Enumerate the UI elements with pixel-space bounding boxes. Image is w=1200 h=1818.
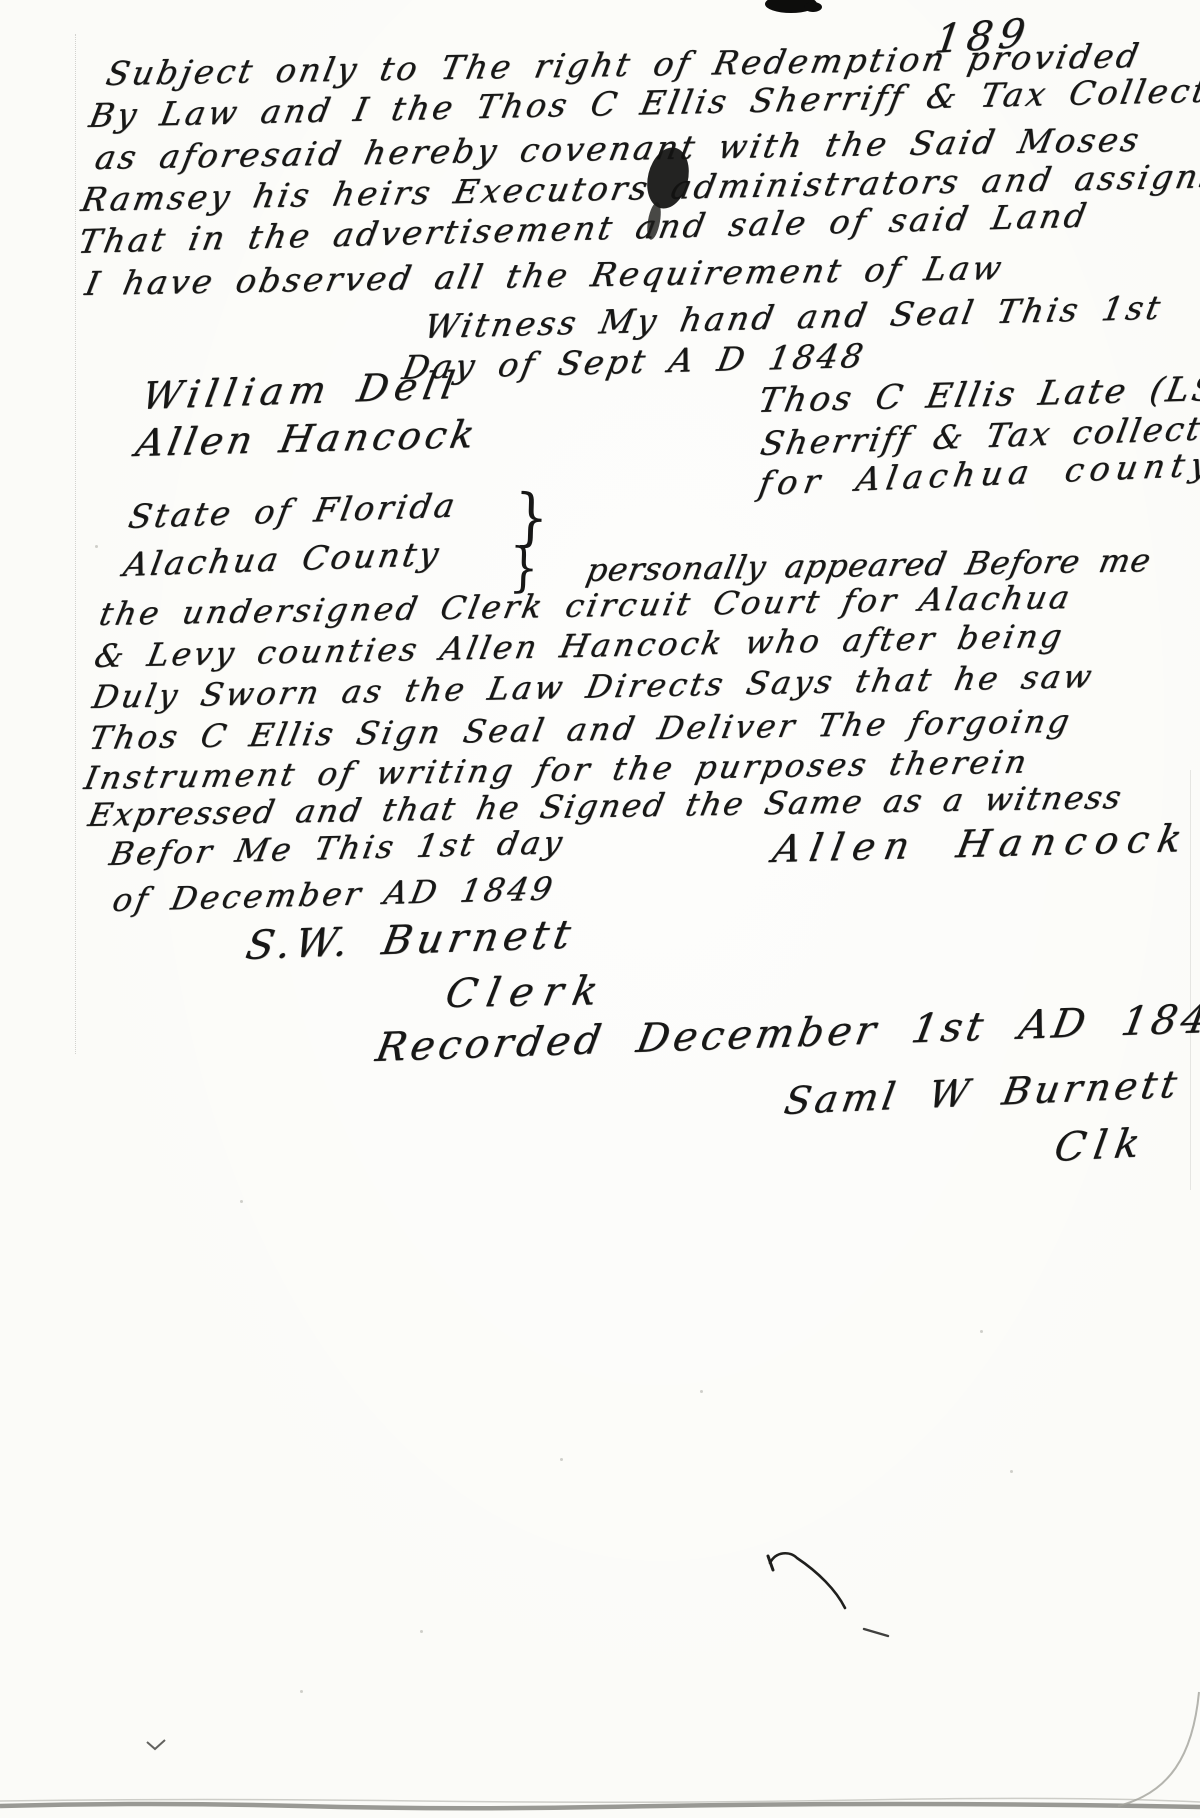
paper-speck — [1010, 1470, 1013, 1473]
stray-pen-mark — [768, 1553, 888, 1636]
signature-allen-hancock: Allen Hancock — [133, 415, 481, 462]
attestation-county: Alachua County — [121, 537, 444, 581]
paper-speck — [420, 1630, 423, 1633]
page-corner-curve — [1118, 1692, 1199, 1806]
check-mark-artifact — [147, 1740, 165, 1749]
paper-speck — [240, 1200, 243, 1203]
ink-blot-top-edge — [765, 0, 822, 13]
attestation-state: State of Florida — [126, 489, 460, 533]
paper-speck — [560, 1458, 563, 1461]
attestation-line-9: of December AD 1849 — [110, 872, 558, 915]
left-margin-rule — [75, 34, 76, 1054]
page-bottom-edge — [0, 1804, 1200, 1808]
paper-speck — [980, 1330, 983, 1333]
page-bottom-edge-light — [0, 1798, 1200, 1802]
deed-line-6: I have observed all the Requirement of L… — [83, 251, 1007, 300]
paper-speck — [700, 1390, 703, 1393]
recorder-signature: Saml W Burnett — [782, 1065, 1184, 1120]
recorder-title: Clk — [1052, 1123, 1151, 1168]
deed-date-line: Day of Sept A D 1848 — [400, 339, 869, 384]
attestation-witness-signature: Allen Hancock — [770, 819, 1194, 868]
jurisdiction-brace-bottom: } — [508, 540, 539, 594]
clerk-signature: S.W. Burnett — [243, 915, 578, 966]
signature-william-dell: William Dell — [139, 366, 463, 415]
paper-speck — [300, 1690, 303, 1693]
clerk-title: Clerk — [442, 971, 611, 1014]
attestation-line-8: Befor Me This 1st day — [107, 826, 567, 870]
paper-speck — [95, 545, 98, 548]
deed-witness-clause: Witness My hand and Seal This 1st — [422, 291, 1166, 343]
scanned-deed-page: 189 Subject only to The right of Redempt… — [0, 0, 1200, 1818]
